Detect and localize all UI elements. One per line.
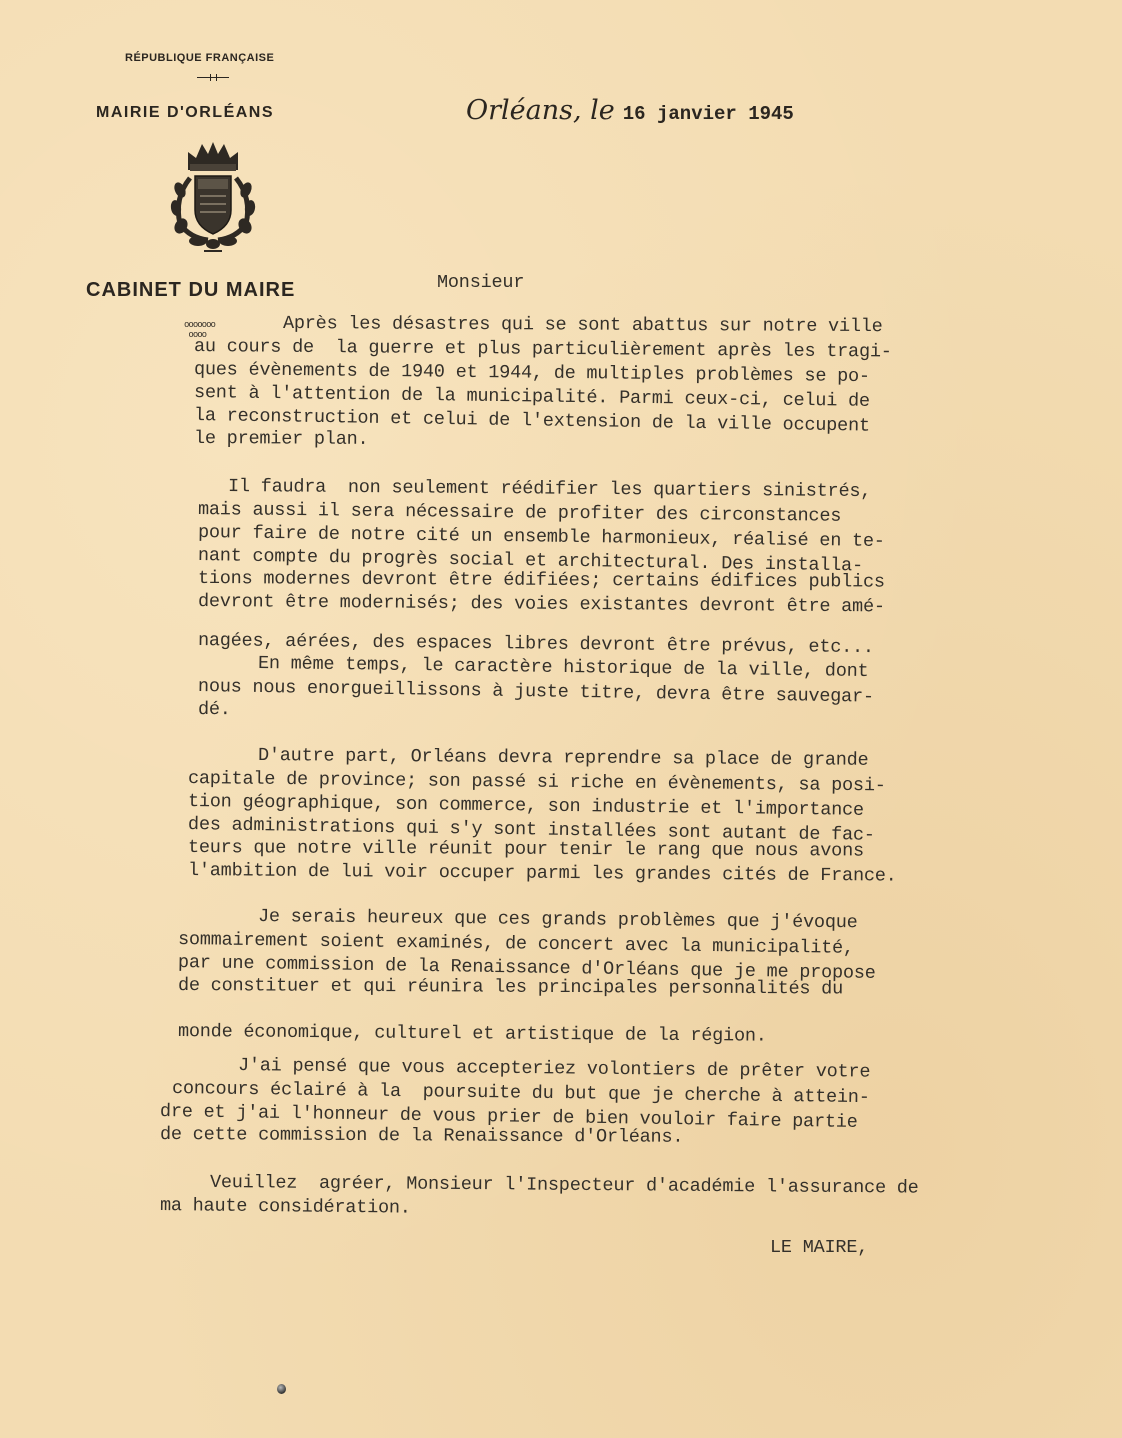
- coat-of-arms-icon: [168, 138, 258, 256]
- body-line: Après les désastres qui se sont abattus …: [283, 313, 883, 337]
- body-line: de constituer et qui réunira les princip…: [178, 975, 843, 999]
- body-line: Il faudra non seulement réédifier les qu…: [228, 476, 871, 502]
- body-line: J'ai pensé que vous accepteriez volontie…: [238, 1055, 870, 1083]
- signature: LE MAIRE,: [770, 1237, 868, 1258]
- body-line: Je serais heureux que ces grands problèm…: [258, 906, 858, 933]
- letterhead-republic: RÉPUBLIQUE FRANÇAISE: [125, 52, 274, 64]
- body-line: de cette commission de la Renaissance d'…: [160, 1124, 683, 1148]
- body-line: le premier plan.: [194, 428, 369, 450]
- letterhead-mairie: MAIRIE D'ORLÉANS: [96, 104, 274, 122]
- body-line: teurs que notre ville réunit pour tenir …: [188, 837, 864, 862]
- body-line: devront être modernisés; des voies exist…: [198, 591, 885, 617]
- body-line: monde économique, culturel et artistique…: [178, 1021, 767, 1047]
- body-line: l'ambition de lui voir occuper parmi les…: [188, 860, 897, 887]
- salutation: Monsieur: [437, 272, 524, 293]
- dateline-place: Orléans, le: [466, 95, 615, 126]
- dateline: Orléans, le16 janvier 1945: [466, 95, 794, 126]
- letter-page: RÉPUBLIQUE FRANÇAISE MAIRIE D'ORLÉANS CA…: [0, 0, 1122, 1438]
- dateline-date: 16 janvier 1945: [623, 103, 794, 125]
- letterhead-cabinet: CABINET DU MAIRE: [86, 279, 295, 302]
- body-line: dé.: [198, 699, 231, 720]
- body-line: tions modernes devront être édifiées; ce…: [198, 568, 885, 593]
- body-line: au cours de la guerre et plus particuliè…: [194, 336, 892, 362]
- ink-spot: [277, 1384, 286, 1394]
- body-line: D'autre part, Orléans devra reprendre sa…: [258, 745, 869, 771]
- body-line: ma haute considération.: [160, 1195, 411, 1219]
- body-line: Veuillez agréer, Monsieur l'Inspecteur d…: [210, 1172, 919, 1199]
- letterhead-divider: [197, 77, 229, 78]
